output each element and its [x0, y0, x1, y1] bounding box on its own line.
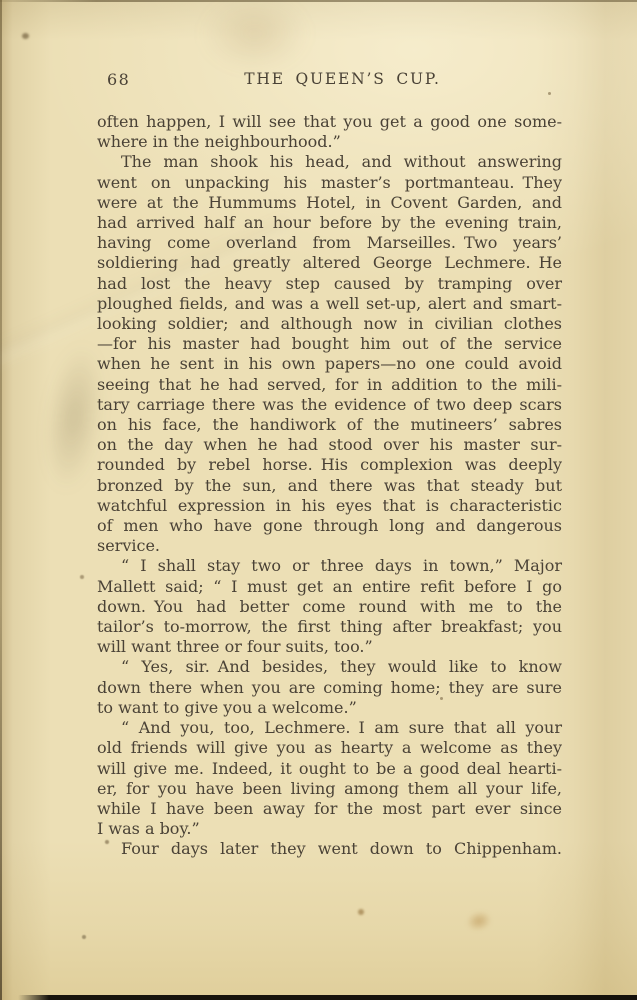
text-line: to want to give you a welcome.” [97, 698, 562, 718]
paragraph: often happen, I will see that you get a … [97, 112, 562, 152]
text-line: I was a boy.” [97, 819, 562, 839]
foxing-spot [358, 909, 364, 915]
text-line: while I have been away for the most part… [97, 799, 562, 819]
text-line: will give me. Indeed, it ought to be a g… [97, 759, 562, 779]
text-line: down. You had better come round with me … [97, 597, 562, 617]
text-line: on his face, the handiwork of the mutine… [97, 415, 562, 435]
text-line: rounded by rebel horse. His complexion w… [97, 455, 562, 475]
text-line: had lost the heavy step caused by trampi… [97, 274, 562, 294]
text-line: Four days later they went down to Chippe… [97, 839, 562, 859]
running-head: 68 THE QUEEN’S CUP. [97, 70, 562, 92]
text-line: Mallett said; “ I must get an entire ref… [97, 577, 562, 597]
book-page: 68 THE QUEEN’S CUP. often happen, I will… [0, 0, 637, 1000]
foxing-spot [459, 904, 499, 938]
text-line: went on unpacking his master’s portmante… [97, 173, 562, 193]
page-number: 68 [107, 70, 130, 89]
text-line: when he sent in his own papers—no one co… [97, 354, 562, 374]
text-line: ploughed fields, and was a well set-up, … [97, 294, 562, 314]
paragraph: The man shook his head, and without answ… [97, 152, 562, 556]
text-line: The man shook his head, and without answ… [97, 152, 562, 172]
text-line: of men who have gone through long and da… [97, 516, 562, 536]
foxing-spot [22, 33, 29, 39]
text-line: had arrived half an hour before by the e… [97, 213, 562, 233]
text-line: bronzed by the sun, and there was that s… [97, 476, 562, 496]
paragraph: “ Yes, sir. And besides, they would like… [97, 657, 562, 718]
page-edge-left [0, 0, 2, 1000]
text-line: on the day when he had stood over his ma… [97, 435, 562, 455]
text-line: “ Yes, sir. And besides, they would like… [97, 657, 562, 677]
foxing-spot [80, 575, 84, 579]
text-line: soldiering had greatly altered George Le… [97, 253, 562, 273]
text-line: often happen, I will see that you get a … [97, 112, 562, 132]
page-title: THE QUEEN’S CUP. [97, 70, 562, 88]
text-line: down there when you are coming home; the… [97, 678, 562, 698]
body-text: often happen, I will see that you get a … [97, 112, 562, 860]
text-line: watchful expression in his eyes that is … [97, 496, 562, 516]
paper-smudge [185, 0, 325, 81]
page-edge-top [0, 0, 637, 2]
text-line: will want three or four suits, too.” [97, 637, 562, 657]
text-line: were at the Hummums Hotel, in Covent Gar… [97, 193, 562, 213]
text-line: “ And you, too, Lechmere. I am sure that… [97, 718, 562, 738]
page-edge-bottom [18, 995, 637, 1000]
foxing-spot [82, 935, 86, 939]
text-line: “ I shall stay two or three days in town… [97, 556, 562, 576]
text-line: er, for you have been living among them … [97, 779, 562, 799]
foxing-spot [548, 92, 551, 95]
paragraph: “ And you, too, Lechmere. I am sure that… [97, 718, 562, 839]
text-line: seeing that he had served, for in additi… [97, 375, 562, 395]
paragraph: “ I shall stay two or three days in town… [97, 556, 562, 657]
text-line: having come overland from Marseilles. Tw… [97, 233, 562, 253]
text-line: old friends will give you as hearty a we… [97, 738, 562, 758]
text-line: where in the neighbourhood.” [97, 132, 562, 152]
text-line: —for his master had bought him out of th… [97, 334, 562, 354]
text-line: looking soldier; and although now in civ… [97, 314, 562, 334]
text-line: service. [97, 536, 562, 556]
text-line: tary carriage there was the evidence of … [97, 395, 562, 415]
paragraph: Four days later they went down to Chippe… [97, 839, 562, 859]
text-line: tailor’s to-morrow, the first thing afte… [97, 617, 562, 637]
